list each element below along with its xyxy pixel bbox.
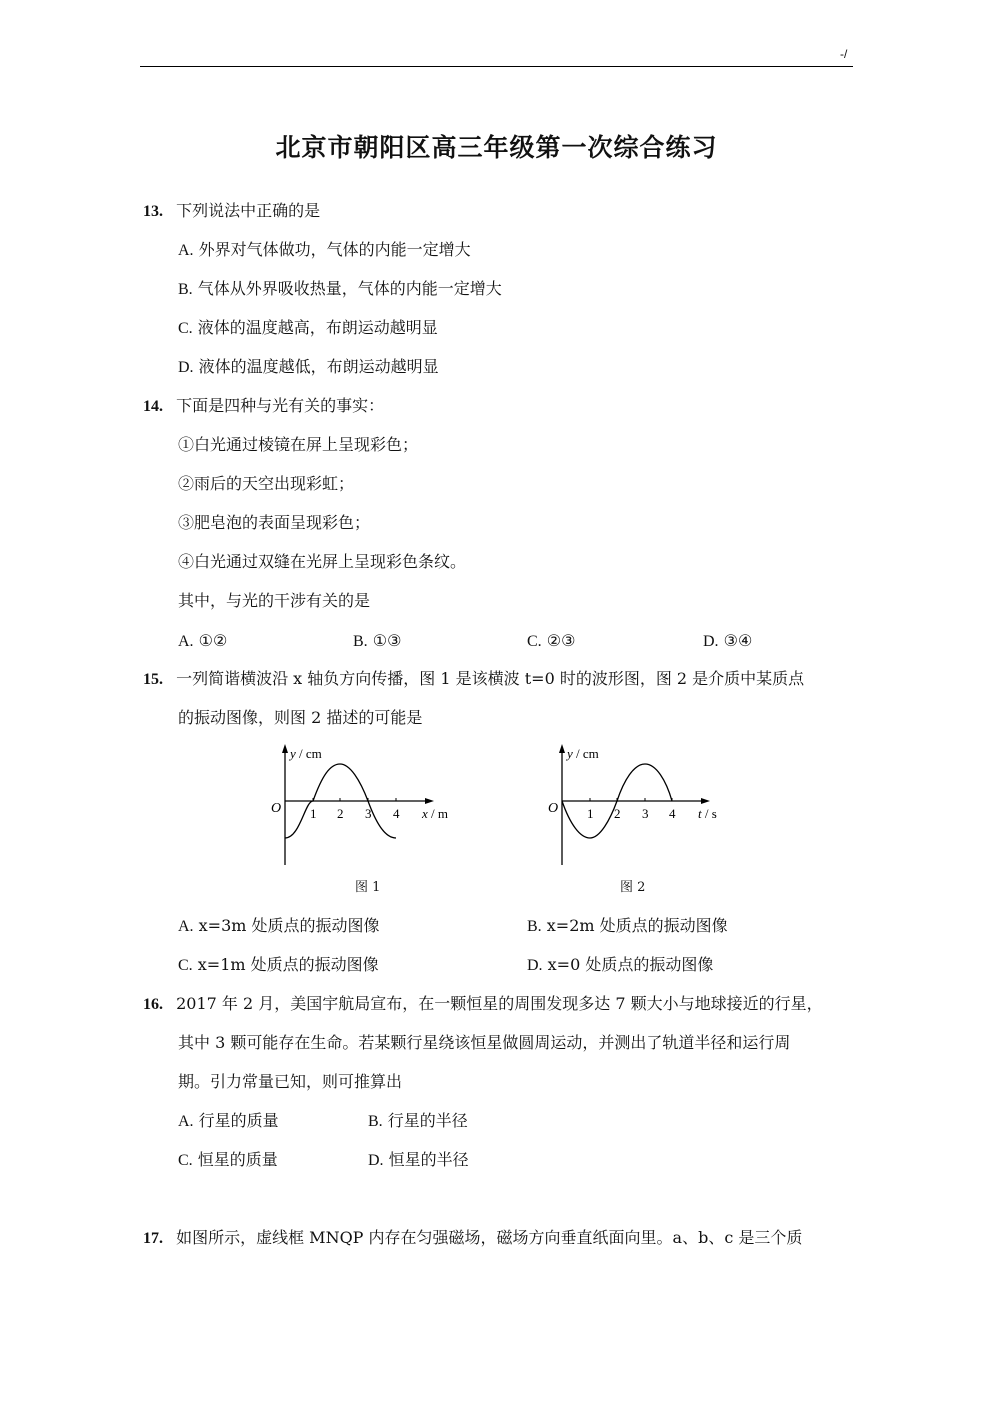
question-number: 17. xyxy=(143,1230,163,1247)
question-stem-line1: 如图所示，虚线框 MNQP 内存在匀强磁场，磁场方向垂直纸面向里。a、b、c 是… xyxy=(176,1228,802,1247)
question-stem: 下面是四种与光有关的事实： xyxy=(176,396,384,415)
question-number: 15. xyxy=(143,671,163,688)
header-rule xyxy=(140,66,853,67)
fact-4: ④白光通过双缝在光屏上呈现彩色条纹。 xyxy=(178,552,466,572)
figure-2-vibration-graph: y / cm O 1 2 3 4 t / s xyxy=(530,740,730,870)
question-prompt: 其中，与光的干涉有关的是 xyxy=(178,591,370,611)
svg-text:y / cm: y / cm xyxy=(288,746,322,761)
option-b: B. ①③ xyxy=(353,631,401,652)
question-stem: 下列说法中正确的是 xyxy=(176,201,320,220)
svg-text:2: 2 xyxy=(614,806,621,821)
fact-3: ③肥皂泡的表面呈现彩色； xyxy=(178,513,370,533)
option-a: A. 外界对气体做功，气体的内能一定增大 xyxy=(178,240,471,261)
svg-text:1: 1 xyxy=(587,806,594,821)
fact-2: ②雨后的天空出现彩虹； xyxy=(178,474,354,494)
question-stem-line1: 一列简谐横波沿 x 轴负方向传播，图 1 是该横波 t=0 时的波形图，图 2 … xyxy=(176,669,804,688)
svg-text:1: 1 xyxy=(310,806,317,821)
page-title: 北京市朝阳区高三年级第一次综合练习 xyxy=(0,128,993,164)
option-c: C. ②③ xyxy=(527,631,575,652)
question-stem-line1: 2017 年 2 月，美国宇航局宣布，在一颗恒星的周围发现多达 7 颗大小与地球… xyxy=(176,994,823,1013)
option-d: D. x=0 处质点的振动图像 xyxy=(527,955,713,976)
question-number: 13. xyxy=(143,203,163,220)
option-a: A. 行星的质量 xyxy=(178,1111,279,1132)
fact-1: ①白光通过棱镜在屏上呈现彩色； xyxy=(178,435,418,455)
svg-text:x / m: x / m xyxy=(421,806,448,821)
option-c: C. x=1m 处质点的振动图像 xyxy=(178,955,379,976)
option-b: B. 气体从外界吸收热量，气体的内能一定增大 xyxy=(178,279,502,300)
figure-2-caption: 图 2 xyxy=(620,876,645,895)
option-d: D. 恒星的半径 xyxy=(368,1150,469,1171)
svg-text:O: O xyxy=(271,801,281,816)
svg-text:t / s: t / s xyxy=(698,806,717,821)
question-stem-line3: 期。引力常量已知，则可推算出 xyxy=(178,1072,402,1092)
svg-text:3: 3 xyxy=(642,806,649,821)
svg-text:O: O xyxy=(548,801,558,816)
svg-text:2: 2 xyxy=(337,806,344,821)
option-a: A. x=3m 处质点的振动图像 xyxy=(178,916,380,937)
option-a: A. ①② xyxy=(178,631,227,652)
svg-text:y / cm: y / cm xyxy=(565,746,599,761)
question-number: 16. xyxy=(143,996,163,1013)
option-d: D. 液体的温度越低，布朗运动越明显 xyxy=(178,357,439,378)
question-stem-line2: 的振动图像，则图 2 描述的可能是 xyxy=(178,708,422,728)
svg-text:4: 4 xyxy=(393,806,400,821)
option-b: B. 行星的半径 xyxy=(368,1111,468,1132)
option-b: B. x=2m 处质点的振动图像 xyxy=(527,916,728,937)
svg-text:3: 3 xyxy=(365,806,372,821)
question-stem-line2: 其中 3 颗可能存在生命。若某颗行星绕该恒星做圆周运动，并测出了轨道半径和运行周 xyxy=(178,1033,790,1053)
option-c: C. 液体的温度越高，布朗运动越明显 xyxy=(178,318,438,339)
question-number: 14. xyxy=(143,398,163,415)
option-d: D. ③④ xyxy=(703,631,752,652)
svg-text:4: 4 xyxy=(669,806,676,821)
option-c: C. 恒星的质量 xyxy=(178,1150,278,1171)
figure-1-wave-graph: y / cm O 1 2 3 4 x / m xyxy=(260,740,470,870)
header-mark: -/ xyxy=(840,47,847,61)
figure-1-caption: 图 1 xyxy=(355,876,380,895)
